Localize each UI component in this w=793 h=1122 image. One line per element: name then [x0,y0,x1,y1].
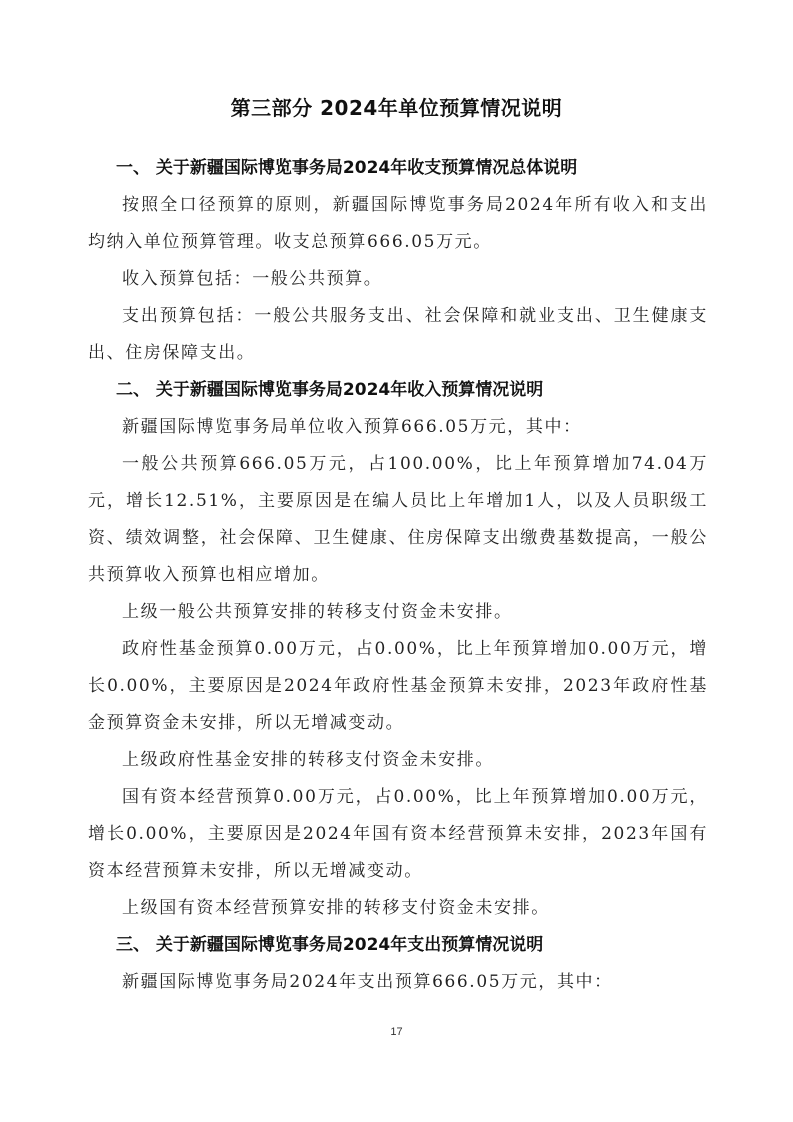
paragraph: 政府性基金预算0.00万元，占0.00%，比上年预算增加0.00万元，增长0.0… [88,631,708,742]
paragraph: 支出预算包括：一般公共服务支出、社会保障和就业支出、卫生健康支出、住房保障支出。 [88,298,708,372]
document-page: 第三部分 2024年单位预算情况说明 一、 关于新疆国际博览事务局2024年收支… [0,0,793,1122]
paragraph: 新疆国际博览事务局2024年支出预算666.05万元，其中： [88,964,708,1001]
document-body: 一、 关于新疆国际博览事务局2024年收支预算情况总体说明 按照全口径预算的原则… [88,150,708,1001]
paragraph: 上级一般公共预算安排的转移支付资金未安排。 [88,594,708,631]
paragraph: 收入预算包括：一般公共预算。 [88,261,708,298]
paragraph: 一般公共预算666.05万元，占100.00%，比上年预算增加74.04万元，增… [88,446,708,594]
page-number: 17 [0,1026,793,1038]
paragraph: 上级政府性基金安排的转移支付资金未安排。 [88,742,708,779]
section-heading-2: 二、 关于新疆国际博览事务局2024年收入预算情况说明 [88,372,708,409]
paragraph: 按照全口径预算的原则，新疆国际博览事务局2024年所有收入和支出均纳入单位预算管… [88,187,708,261]
paragraph: 上级国有资本经营预算安排的转移支付资金未安排。 [88,890,708,927]
page-title: 第三部分 2024年单位预算情况说明 [0,92,793,121]
paragraph: 国有资本经营预算0.00万元，占0.00%，比上年预算增加0.00万元，增长0.… [88,779,708,890]
paragraph: 新疆国际博览事务局单位收入预算666.05万元，其中： [88,409,708,446]
section-heading-3: 三、 关于新疆国际博览事务局2024年支出预算情况说明 [88,927,708,964]
section-heading-1: 一、 关于新疆国际博览事务局2024年收支预算情况总体说明 [88,150,708,187]
